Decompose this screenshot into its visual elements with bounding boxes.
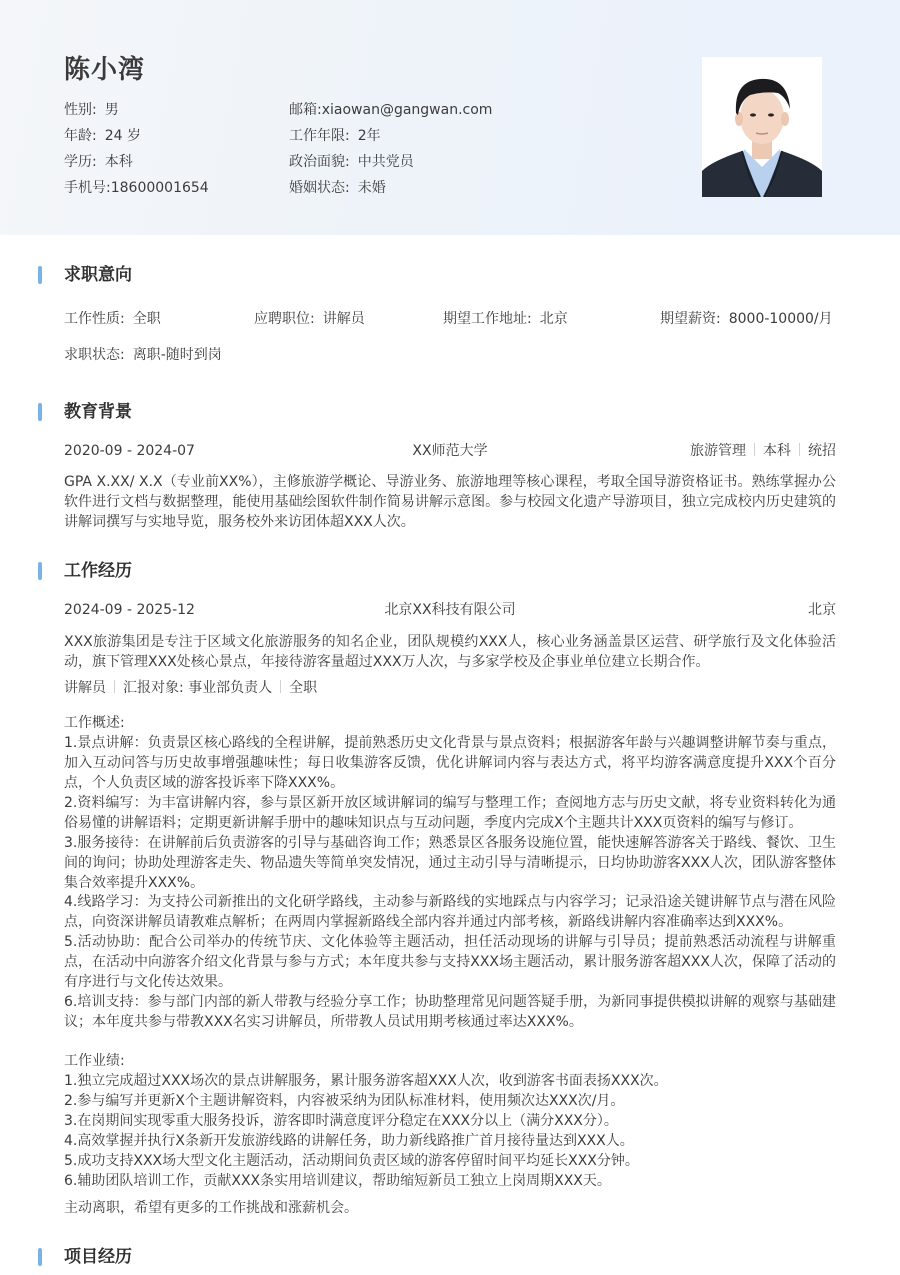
divider (114, 680, 115, 693)
info-age: 年龄:24 岁 (64, 124, 141, 148)
work-overview-item-3: 3.服务接待：在讲解前后负责游客的引导与基础咨询工作；熟悉景区各服务设施位置，能… (64, 833, 836, 893)
work-achievement-5: 5.成功支持XXX场大型文化主题活动，活动期间负责区域的游客停留时间平均延长XX… (64, 1151, 836, 1171)
intent-job-type: 工作性质:全职 (64, 309, 161, 329)
divider (280, 680, 281, 693)
intent-status: 求职状态:离职-随时到岗 (64, 345, 222, 365)
work-achievements-label: 工作业绩: (64, 1051, 836, 1071)
portrait-icon (702, 57, 822, 197)
work-overview-label: 工作概述: (64, 713, 836, 733)
work-tags: 讲解员汇报对象: 事业部负责人全职 (64, 678, 836, 698)
info-email: 邮箱:xiaowan@gangwan.com (289, 98, 492, 122)
divider (799, 443, 800, 456)
work-achievement-3: 3.在岗期间实现零重大服务投诉，游客即时满意度评分稳定在XXX分以上（满分XXX… (64, 1111, 836, 1131)
work-overview-item-2: 2.资料编写：为丰富讲解内容，参与景区新开放区域讲解词的编写与整理工作；查阅地方… (64, 793, 836, 833)
info-gender: 性别:男 (64, 98, 119, 122)
candidate-name: 陈小湾 (64, 52, 145, 88)
work-overview-item-4: 4.线路学习：为支持公司新推出的文化研学路线，主动参与新路线的实地踩点与内容学习… (64, 892, 836, 932)
education-degree: 本科 (763, 443, 791, 459)
info-education: 学历:本科 (64, 150, 133, 174)
intent-position: 应聘职位:讲解员 (254, 309, 365, 329)
intent-salary: 期望薪资:8000-10000/月 (660, 309, 833, 329)
work-header-row: 2024-09 - 2025-12 北京XX科技有限公司 北京 (64, 600, 836, 620)
section-accent-bar (38, 1248, 42, 1266)
education-tags: 旅游管理本科统招 (690, 441, 836, 461)
info-phone: 手机号:18600001654 (64, 176, 209, 200)
education-enrollment: 统招 (808, 443, 836, 459)
info-work-years: 工作年限:2年 (289, 124, 381, 148)
intent-location: 期望工作地址:北京 (443, 309, 568, 329)
resume-header: 陈小湾 性别:男 年龄:24 岁 学历:本科 手机号:18600001654 邮… (0, 0, 900, 235)
work-company: 北京XX科技有限公司 (64, 600, 836, 620)
work-company-intro: XXX旅游集团是专注于区域文化旅游服务的知名企业，团队规模约XXX人，核心业务涵… (64, 632, 836, 672)
info-political-status: 政治面貌:中共党员 (289, 150, 414, 174)
education-header-row: 2020-09 - 2024-07 XX师范大学 旅游管理本科统招 (64, 441, 836, 461)
work-achievement-1: 1.独立完成超过XXX场次的景点讲解服务，累计服务游客超XXX人次，收到游客书面… (64, 1071, 836, 1091)
profile-photo (702, 57, 822, 197)
work-achievement-2: 2.参与编写并更新X个主题讲解资料，内容被采纳为团队标准材料，使用频次达XXX次… (64, 1091, 836, 1111)
work-overview-item-5: 5.活动协助：配合公司举办的传统节庆、文化体验等主题活动，担任活动现场的讲解与引… (64, 932, 836, 992)
work-location: 北京 (808, 600, 836, 620)
education-description: GPA X.XX/ X.X（专业前XX%），主修旅游学概论、导游业务、旅游地理等… (64, 472, 836, 532)
section-accent-bar (38, 266, 42, 284)
work-overview-item-6: 6.培训支持：参与部门内部的新人带教与经验分享工作；协助整理常见问题答疑手册，为… (64, 992, 836, 1032)
work-overview-item-1: 1.景点讲解：负责景区核心路线的全程讲解，提前熟悉历史文化背景与景点资料；根据游… (64, 733, 836, 793)
section-accent-bar (38, 403, 42, 421)
work-achievement-4: 4.高效掌握并执行X条新开发旅游线路的讲解任务，助力新线路推广首月接待量达到XX… (64, 1131, 836, 1151)
info-marital-status: 婚姻状态:未婚 (289, 176, 386, 200)
divider (754, 443, 755, 456)
work-type: 全职 (289, 680, 317, 696)
section-accent-bar (38, 562, 42, 580)
work-report-to: 汇报对象: 事业部负责人 (123, 680, 272, 696)
work-achievement-6: 6.辅助团队培训工作，贡献XXX条实用培训建议，帮助缩短新员工独立上岗周期XXX… (64, 1171, 836, 1191)
education-major: 旅游管理 (690, 443, 746, 459)
work-leave-reason: 主动离职，希望有更多的工作挑战和涨薪机会。 (64, 1198, 836, 1218)
work-role: 讲解员 (64, 680, 106, 696)
